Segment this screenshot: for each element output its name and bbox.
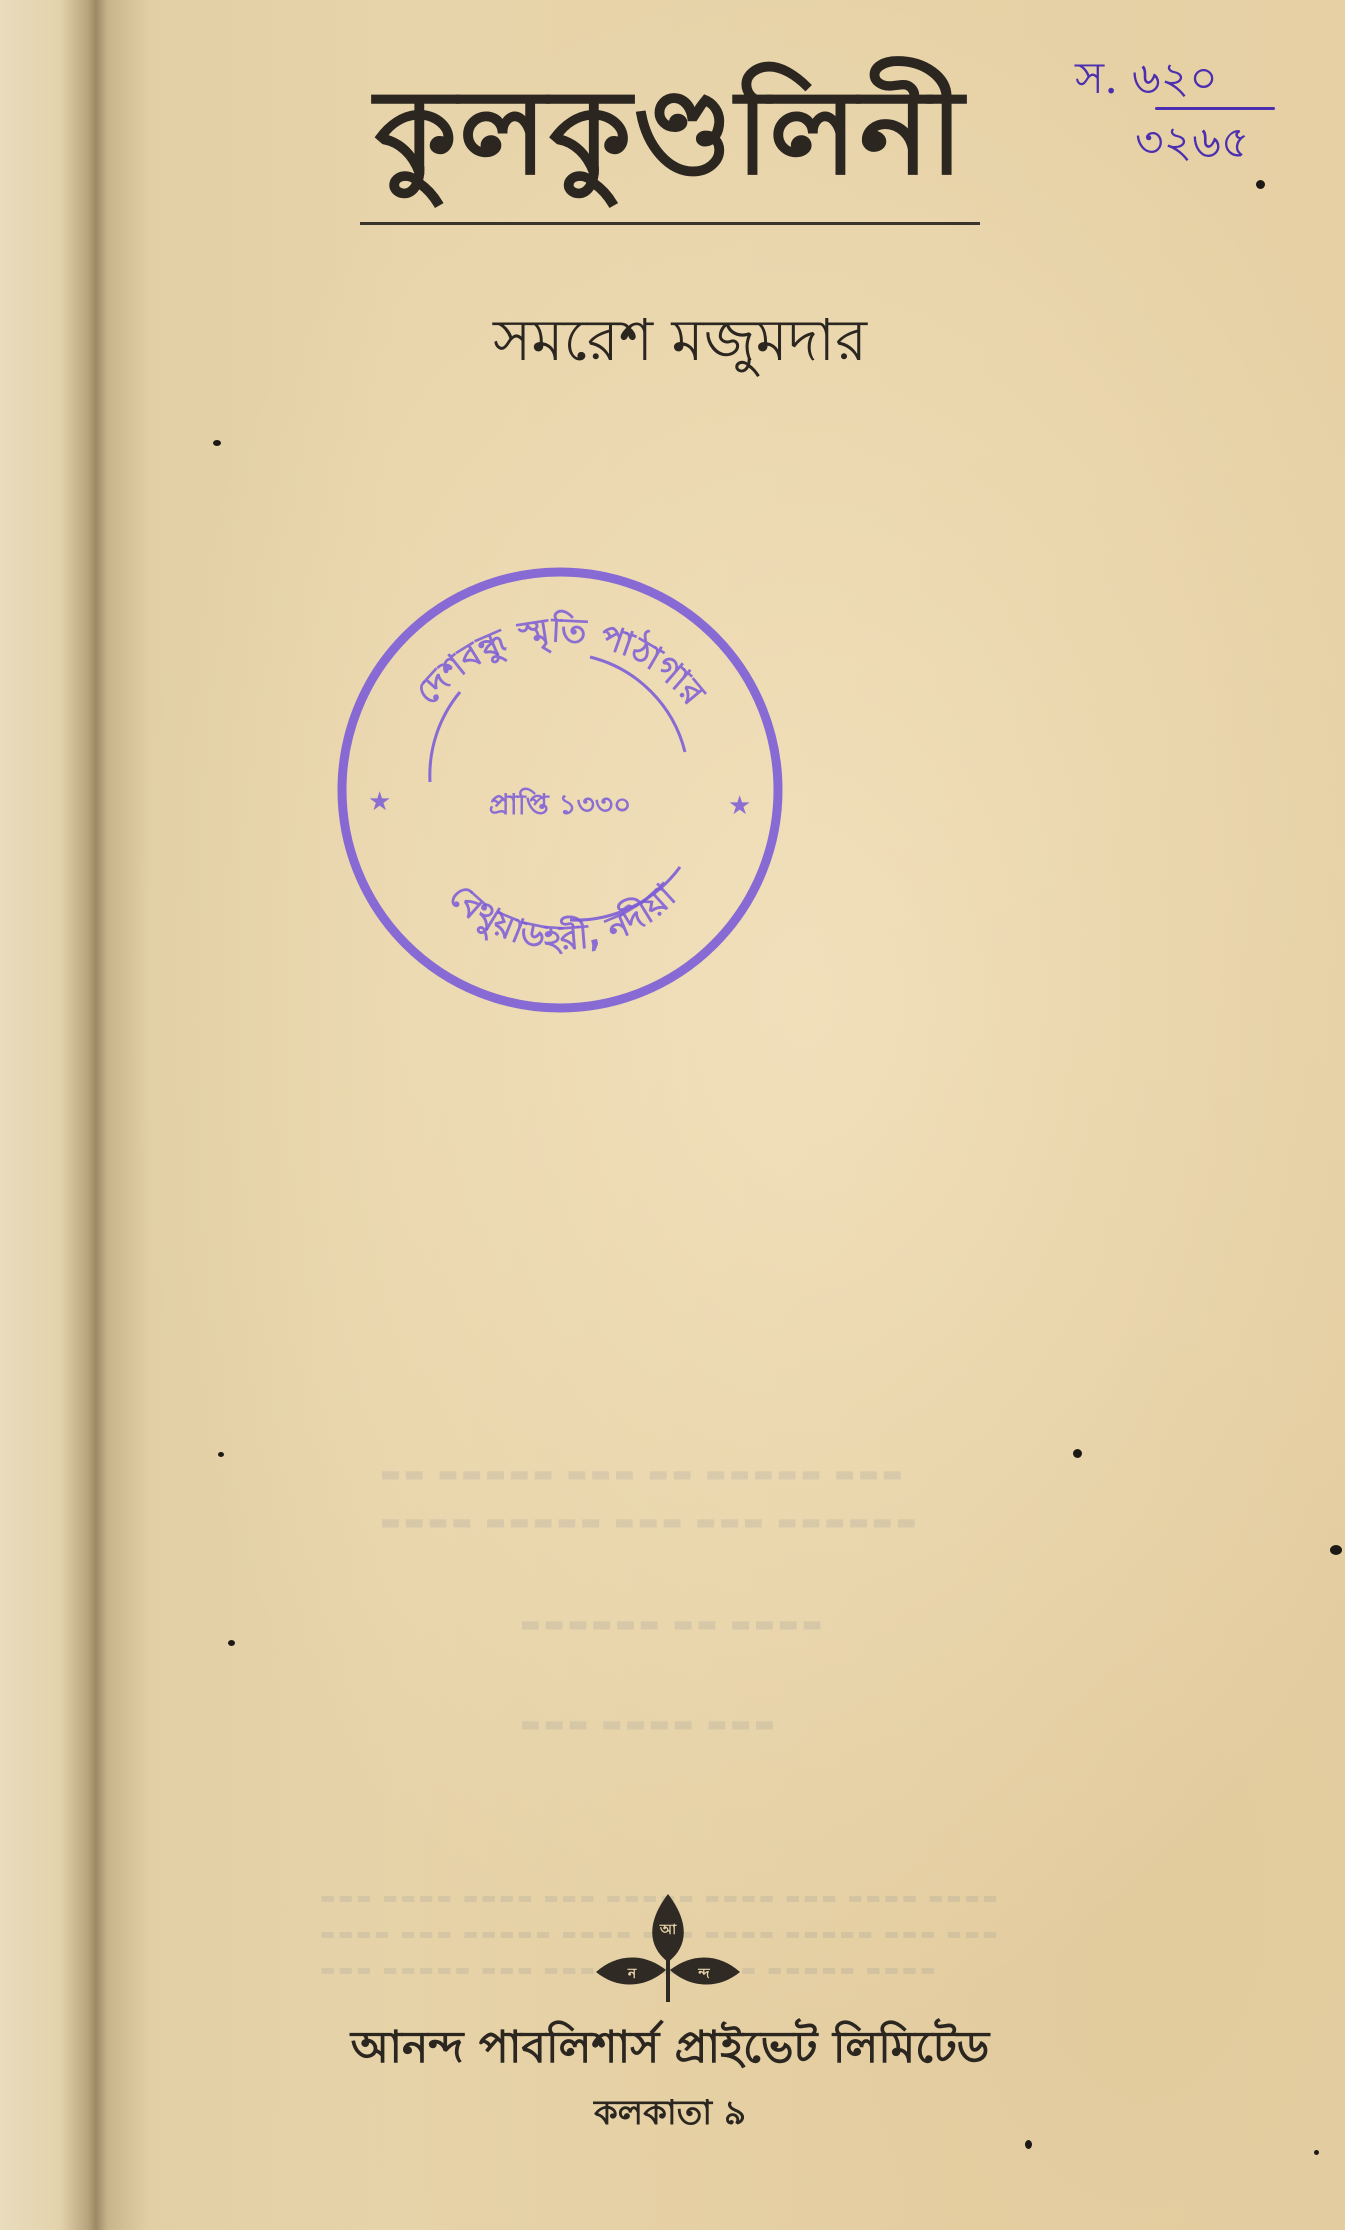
library-stamp: দেশবন্ধু স্মৃতি পাঠাগার বেথুয়াডহরী, নদী… [330,552,790,1022]
show-through-text: ▬▬▬▬▬▬ ▬▬ ▬▬▬▬ [520,1612,825,1637]
show-through-text: ▬▬▬ ▬▬▬▬ ▬▬▬ [520,1712,778,1737]
paper-speck [1256,180,1265,189]
catalog-note-bottom: ৩২৬৫ [1135,109,1249,182]
book-title: কুলকুণ্ডলিনী [355,62,985,202]
paper-speck [218,1452,224,1457]
title-underline [360,222,980,225]
show-through-text: ▬▬ ▬▬▬▬▬ ▬▬▬ ▬▬ ▬▬▬▬▬ ▬▬▬ [380,1462,906,1487]
logo-letter: আ [659,1922,677,1938]
paper-speck [1314,2150,1319,2155]
paper-speck [228,1640,235,1646]
stamp-star-icon: ★ [368,787,391,817]
stamp-star-icon: ★ [728,791,751,821]
paper-speck [1330,1545,1342,1555]
publisher-city: কলকাতা ৯ [490,2088,850,2138]
stamp-bottom-arc-text: বেথুয়াডহরী, নদীয়া [441,875,685,959]
paper-speck [1073,1449,1082,1458]
handwritten-catalog-note: স. ৬২০ ৩২৬৫ [1075,45,1325,165]
logo-letter: ন [627,1966,637,1982]
logo-letter: ন্দ [697,1966,710,1982]
publisher-logo-icon: আ ন ন্দ [588,1890,748,2005]
show-through-text: ▬▬▬▬ ▬▬▬▬▬ ▬▬▬ ▬▬▬ ▬▬▬▬▬▬ [380,1510,919,1535]
paper-speck [213,440,221,446]
stamp-center-text: প্রাপ্তি ১৩৩০ [489,787,632,821]
publisher-name: আনন্দ পাবলিশার্স প্রাইভেট লিমিটেড [290,2018,1050,2078]
paper-speck [1025,2140,1032,2149]
author-name: সমরেশ মজুমদার [400,300,960,380]
